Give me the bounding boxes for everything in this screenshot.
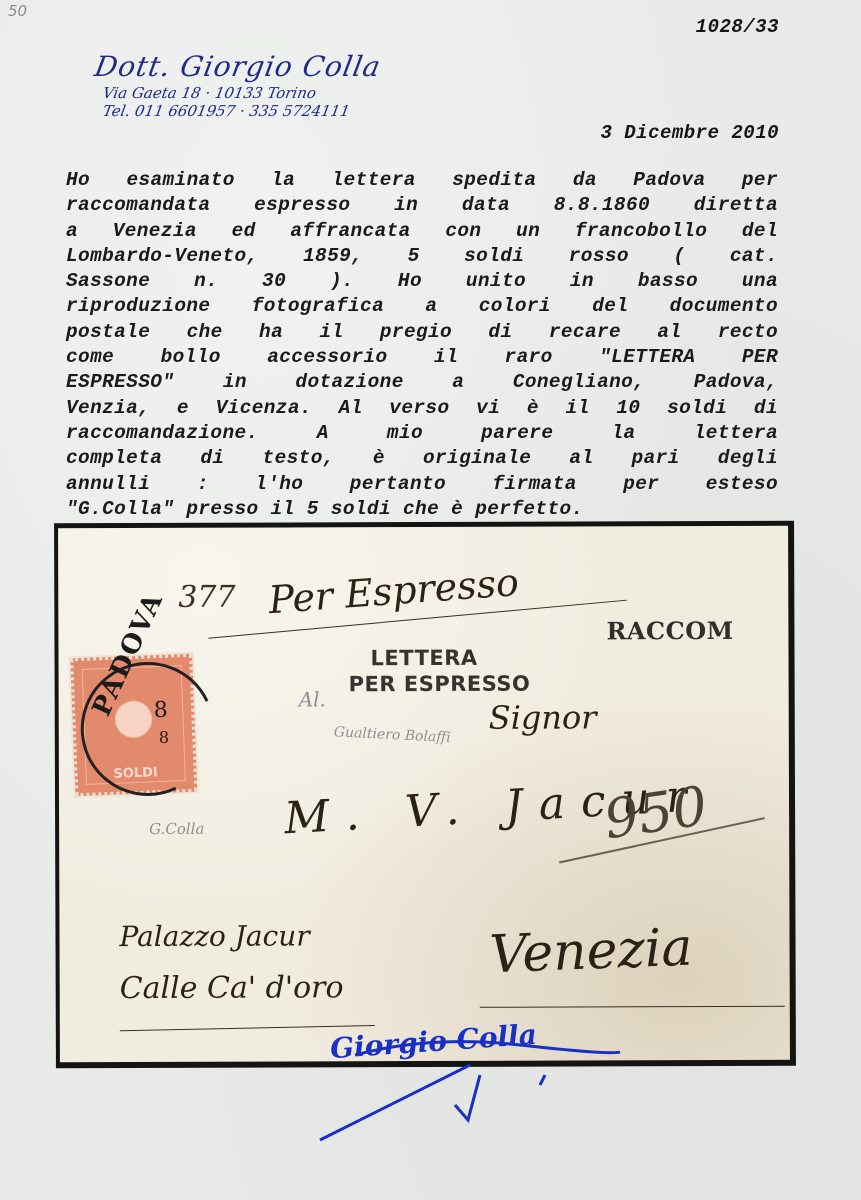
signature-flourish-icon — [0, 0, 861, 1200]
